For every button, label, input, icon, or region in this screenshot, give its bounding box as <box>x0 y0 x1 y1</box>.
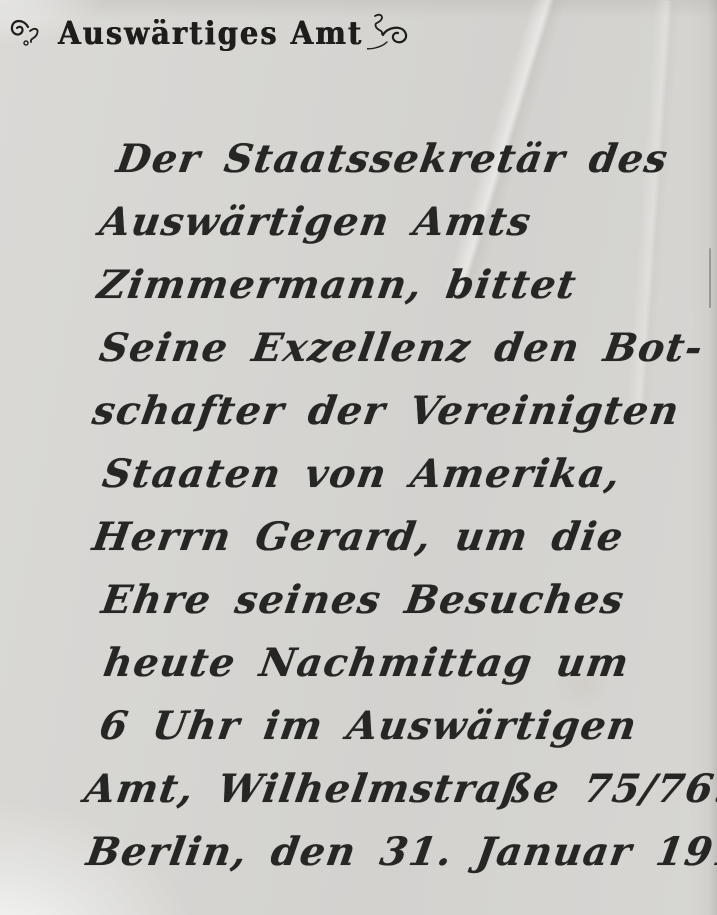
handwritten-line: Amt, Wilhelmstraße 75/76. <box>80 758 717 821</box>
scroll-ornament-right-icon <box>367 10 425 56</box>
handwritten-line: 6 Uhr im Auswärtigen <box>95 695 717 758</box>
letterhead-title: Auswärtiges Amt <box>58 15 363 52</box>
handwritten-line: heute Nachmittag um <box>99 632 717 695</box>
handwritten-line: Der Staatssekretär des <box>112 128 717 191</box>
handwritten-line: Zimmermann, bittet <box>93 254 717 317</box>
handwritten-body: Der Staatssekretär des Auswärtigen Amts … <box>0 128 717 884</box>
handwritten-line: Staaten von Amerika, <box>98 443 717 506</box>
document-scan: Auswärtiges Amt Der Staatssekretär des A… <box>0 0 717 915</box>
handwritten-line: Seine Exzellenz den Bot- <box>95 317 717 380</box>
handwritten-line: Auswärtigen Amts <box>95 191 717 254</box>
handwritten-line: Ehre seines Besuches <box>97 569 717 632</box>
letterhead: Auswärtiges Amt <box>8 10 425 56</box>
handwritten-line: schafter der Vereinigten <box>88 380 717 443</box>
scroll-ornament-left-icon <box>8 13 54 53</box>
handwritten-line: Berlin, den 31. Januar 1917. <box>82 821 717 884</box>
handwritten-line: Herrn Gerard, um die <box>88 506 717 569</box>
